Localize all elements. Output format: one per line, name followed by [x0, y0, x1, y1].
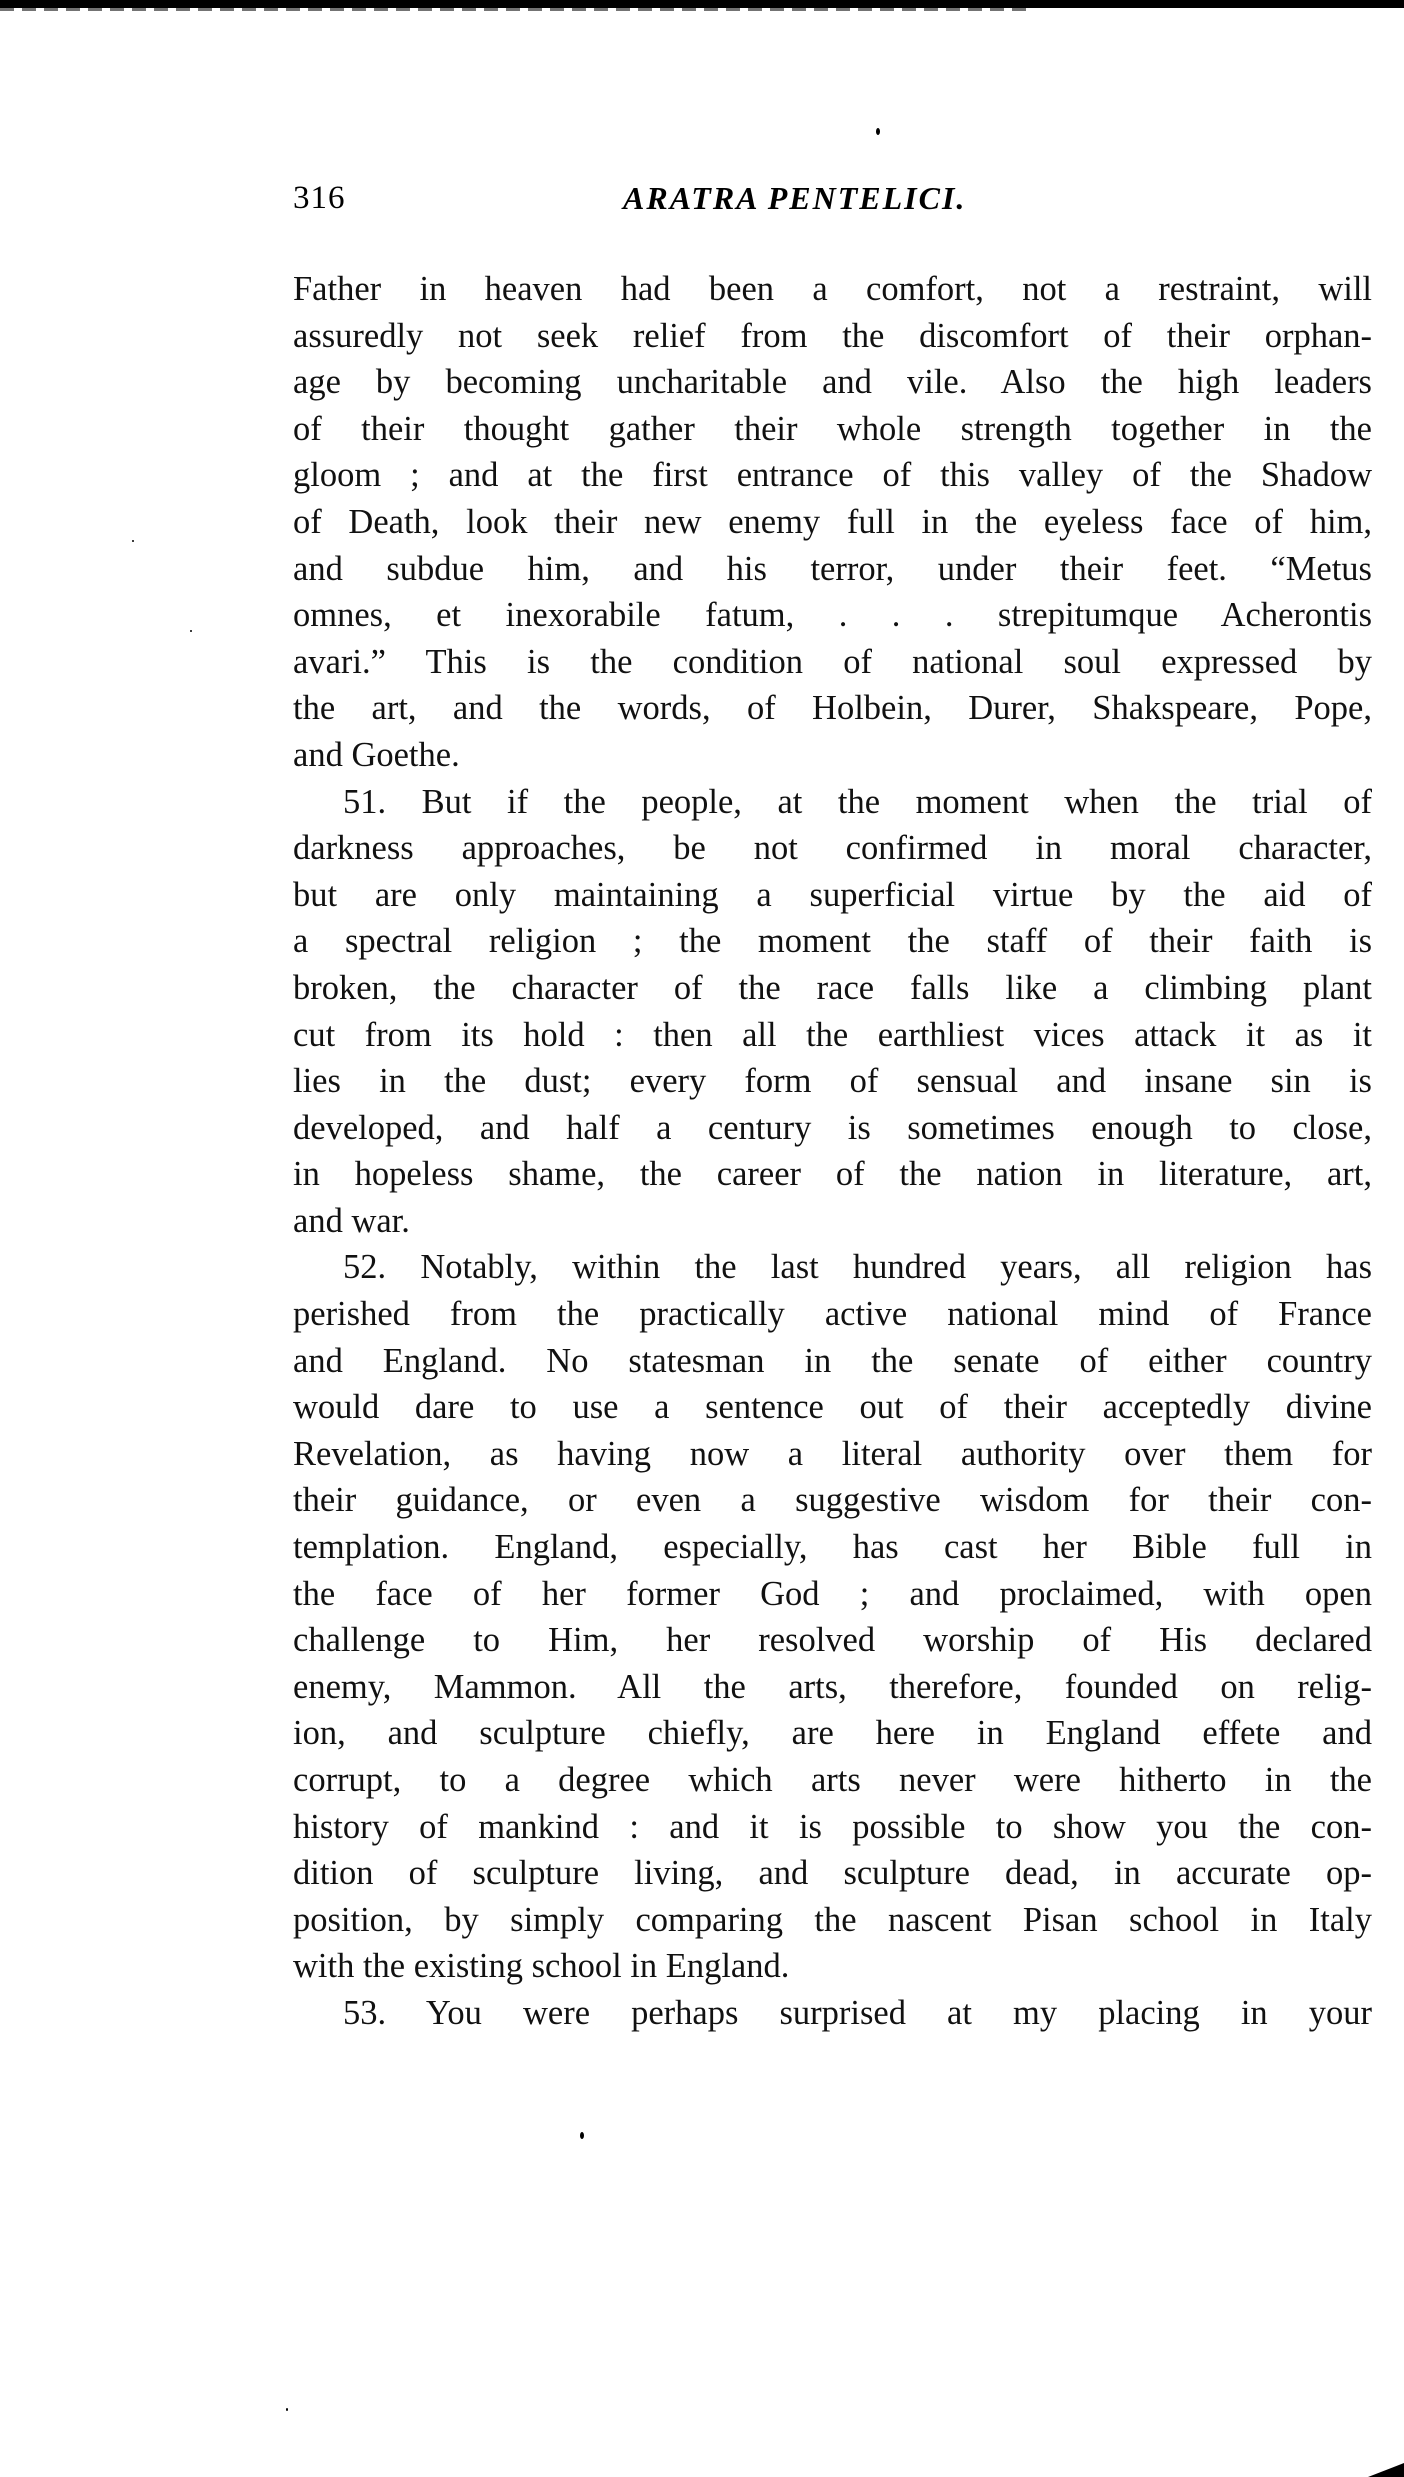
- running-head: 316 ARATRA PENTELICI.: [293, 180, 1372, 230]
- body-text: Father in heaven had been a comfort, not…: [293, 266, 1372, 2037]
- text-line: age by becoming uncharitable and vile. A…: [293, 359, 1372, 406]
- text-line: the art, and the words, of Holbein, Dure…: [293, 685, 1372, 732]
- scan-edge-notch: [1024, 0, 1404, 5]
- page-number: 316: [293, 180, 346, 217]
- text-line: and war.: [293, 1198, 1372, 1245]
- text-line: but are only maintaining a superficial v…: [293, 872, 1372, 919]
- text-line: developed, and half a century is sometim…: [293, 1105, 1372, 1152]
- text-line: avari.” This is the condition of nationa…: [293, 639, 1372, 686]
- text-line: ion, and sculpture chiefly, are here in …: [293, 1710, 1372, 1757]
- text-line: lies in the dust; every form of sensual …: [293, 1058, 1372, 1105]
- text-line: of Death, look their new enemy full in t…: [293, 499, 1372, 546]
- scan-speck: [190, 630, 192, 632]
- text-line: gloom ; and at the first entrance of thi…: [293, 452, 1372, 499]
- scan-speck: [286, 2408, 288, 2411]
- text-line: broken, the character of the race falls …: [293, 965, 1372, 1012]
- text-line: Father in heaven had been a comfort, not…: [293, 266, 1372, 313]
- text-line: assuredly not seek relief from the disco…: [293, 313, 1372, 360]
- text-line: cut from its hold : then all the earthli…: [293, 1012, 1372, 1059]
- text-line: and subdue him, and his terror, under th…: [293, 546, 1372, 593]
- text-line: 52. Notably, within the last hundred yea…: [293, 1244, 1372, 1291]
- text-line: position, by simply comparing the nascen…: [293, 1897, 1372, 1944]
- text-line: 53. You were perhaps surprised at my pla…: [293, 1990, 1372, 2037]
- text-line: corrupt, to a degree which arts never we…: [293, 1757, 1372, 1804]
- text-line: a spectral religion ; the moment the sta…: [293, 918, 1372, 965]
- text-line: perished from the practically active nat…: [293, 1291, 1372, 1338]
- text-line: dition of sculpture living, and sculptur…: [293, 1850, 1372, 1897]
- text-line: Revelation, as having now a literal auth…: [293, 1431, 1372, 1478]
- text-line: darkness approaches, be not confirmed in…: [293, 825, 1372, 872]
- scan-corner-mark: [1368, 2463, 1404, 2477]
- text-line: would dare to use a sentence out of thei…: [293, 1384, 1372, 1431]
- text-line: their guidance, or even a suggestive wis…: [293, 1477, 1372, 1524]
- text-line: templation. England, especially, has cas…: [293, 1524, 1372, 1571]
- text-line: challenge to Him, her resolved worship o…: [293, 1617, 1372, 1664]
- scan-top-edge: [0, 0, 1404, 8]
- text-line: the face of her former God ; and proclai…: [293, 1571, 1372, 1618]
- text-line: in hopeless shame, the career of the nat…: [293, 1151, 1372, 1198]
- scan-speck: [876, 128, 880, 135]
- text-line: enemy, Mammon. All the arts, therefore, …: [293, 1664, 1372, 1711]
- text-line: omnes, et inexorabile fatum, . . . strep…: [293, 592, 1372, 639]
- text-line: history of mankind : and it is possible …: [293, 1804, 1372, 1851]
- book-title: ARATRA PENTELICI.: [623, 180, 966, 217]
- text-line: 51. But if the people, at the moment whe…: [293, 779, 1372, 826]
- text-line: with the existing school in England.: [293, 1943, 1372, 1990]
- scan-speck: [580, 2132, 584, 2139]
- text-line: and Goethe.: [293, 732, 1372, 779]
- text-line: of their thought gather their whole stre…: [293, 406, 1372, 453]
- scan-speck: [132, 540, 134, 542]
- scan-edge-shadow: [0, 8, 1030, 11]
- text-line: and England. No statesman in the senate …: [293, 1338, 1372, 1385]
